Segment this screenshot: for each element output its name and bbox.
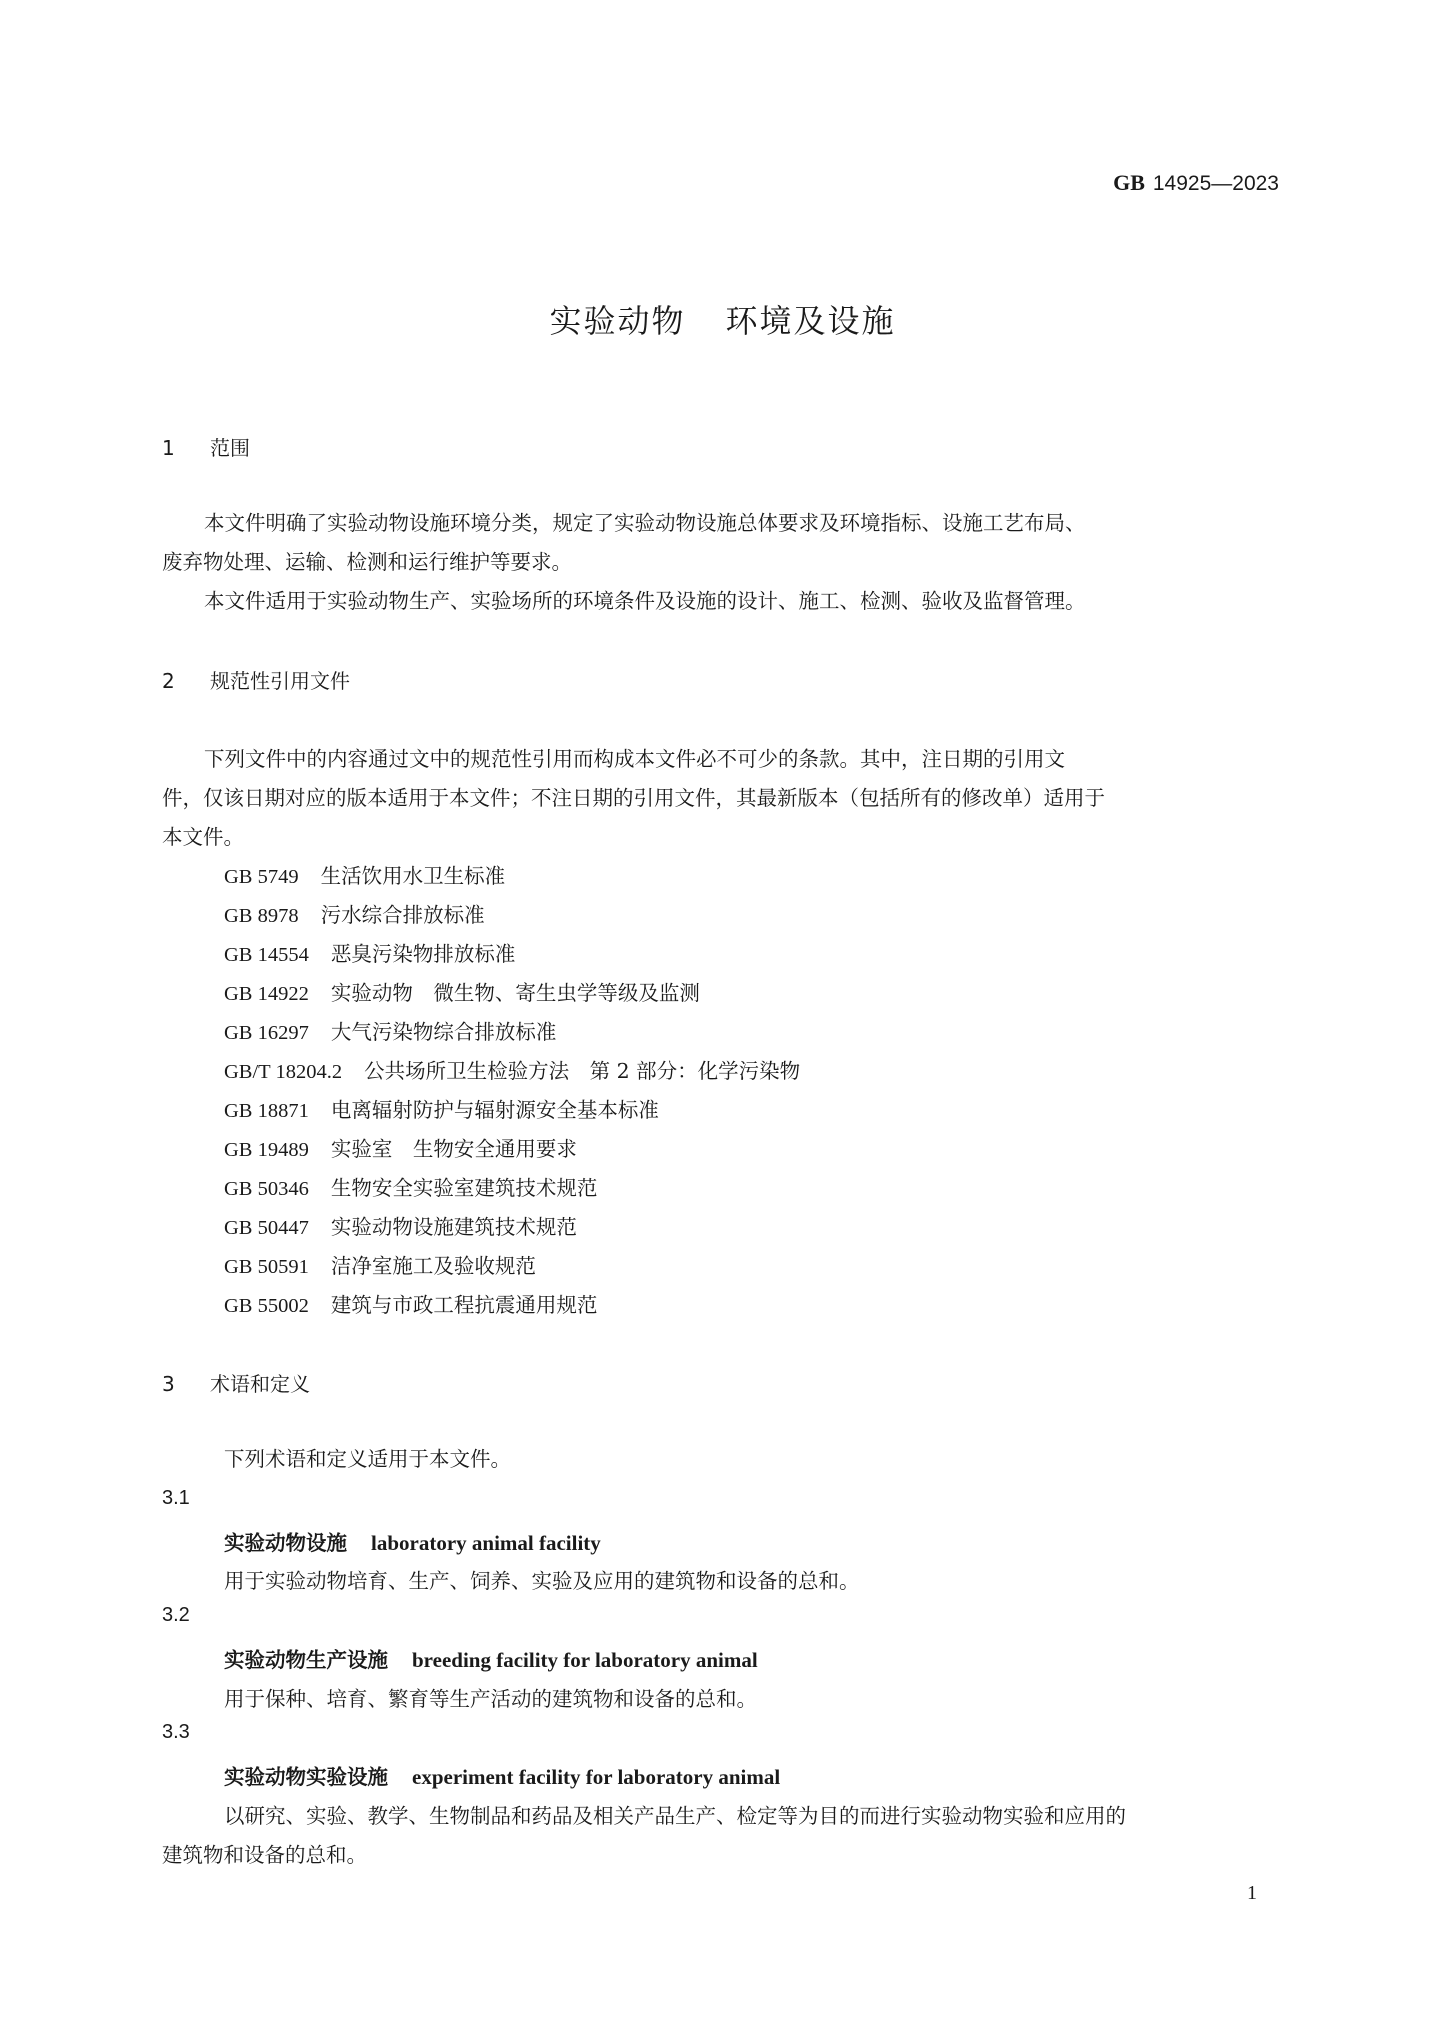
reference-item: GB 50346生物安全实验室建筑技术规范: [224, 1169, 800, 1208]
term-definition: 以研究、实验、教学、生物制品和药品及相关产品生产、检定等为目的而进行实验动物实验…: [224, 1799, 1126, 1829]
section-3-intro: 下列术语和定义适用于本文件。: [224, 1440, 511, 1479]
title-part1: 实验动物: [549, 302, 685, 340]
reference-item: GB 14554恶臭污染物排放标准: [224, 935, 800, 974]
paragraph-line: 本文件明确了实验动物设施环境分类，规定了实验动物设施总体要求及环境指标、设施工艺…: [162, 504, 1290, 543]
term-name-zh: 实验动物生产设施: [224, 1648, 388, 1672]
reference-item: GB/T 18204.2公共场所卫生检验方法 第 2 部分：化学污染物: [224, 1052, 800, 1091]
reference-title: 实验动物设施建筑技术规范: [331, 1215, 577, 1239]
standard-prefix: GB: [1113, 170, 1145, 195]
reference-item: GB 50591洁净室施工及验收规范: [224, 1247, 800, 1286]
section-number: 3: [162, 1372, 210, 1396]
standard-number: 14925—2023: [1153, 172, 1279, 195]
section-2-body: 下列文件中的内容通过文中的规范性引用而构成本文件必不可少的条款。其中，注日期的引…: [162, 740, 1290, 857]
reference-code: GB 19489: [224, 1131, 309, 1170]
section-heading-3: 3术语和定义: [162, 1368, 310, 1397]
document-title: 实验动物环境及设施: [0, 296, 1445, 342]
paragraph-line: 件，仅该日期对应的版本适用于本文件；不注日期的引用文件，其最新版本（包括所有的修…: [162, 779, 1290, 818]
page-number: 1: [1247, 1882, 1257, 1905]
term-name-en: experiment facility for laboratory anima…: [412, 1765, 780, 1789]
term-number: 3.1: [162, 1487, 190, 1510]
reference-item: GB 55002建筑与市政工程抗震通用规范: [224, 1286, 800, 1325]
reference-code: GB 16297: [224, 1014, 309, 1053]
reference-item: GB 19489实验室 生物安全通用要求: [224, 1130, 800, 1169]
standard-code: GB14925—2023: [1113, 170, 1279, 196]
reference-list: GB 5749生活饮用水卫生标准 GB 8978污水综合排放标准 GB 1455…: [224, 857, 800, 1325]
reference-title: 污水综合排放标准: [321, 903, 485, 927]
section-heading-1: 1范围: [162, 432, 250, 461]
reference-code: GB 14554: [224, 936, 309, 975]
term-definition: 用于保种、培育、繁育等生产活动的建筑物和设备的总和。: [224, 1682, 757, 1712]
reference-title: 生活饮用水卫生标准: [321, 864, 506, 888]
reference-code: GB 14922: [224, 975, 309, 1014]
section-title: 范围: [210, 436, 250, 460]
reference-code: GB 50346: [224, 1170, 309, 1209]
term-name-zh: 实验动物实验设施: [224, 1765, 388, 1789]
term-definition-continued: 建筑物和设备的总和。: [162, 1838, 367, 1868]
term-name-en: breeding facility for laboratory animal: [412, 1648, 758, 1672]
term-name-zh: 实验动物设施: [224, 1531, 347, 1555]
paragraph-line: 本文件。: [162, 818, 1290, 857]
term-name-en: laboratory animal facility: [371, 1531, 601, 1555]
reference-code: GB 5749: [224, 858, 299, 897]
section-title: 术语和定义: [210, 1372, 310, 1396]
reference-code: GB 50591: [224, 1248, 309, 1287]
reference-item: GB 18871电离辐射防护与辐射源安全基本标准: [224, 1091, 800, 1130]
reference-item: GB 8978污水综合排放标准: [224, 896, 800, 935]
reference-title: 大气污染物综合排放标准: [331, 1020, 557, 1044]
reference-title: 实验室 生物安全通用要求: [331, 1137, 577, 1161]
reference-item: GB 50447实验动物设施建筑技术规范: [224, 1208, 800, 1247]
term-number: 3.2: [162, 1604, 190, 1627]
term-definition: 用于实验动物培育、生产、饲养、实验及应用的建筑物和设备的总和。: [224, 1564, 860, 1594]
reference-code: GB 8978: [224, 897, 299, 936]
paragraph-line: 本文件适用于实验动物生产、实验场所的环境条件及设施的设计、施工、检测、验收及监督…: [162, 582, 1290, 621]
reference-code: GB/T 18204.2: [224, 1053, 342, 1092]
paragraph-line: 废弃物处理、运输、检测和运行维护等要求。: [162, 543, 1290, 582]
section-number: 2: [162, 669, 210, 693]
reference-item: GB 5749生活饮用水卫生标准: [224, 857, 800, 896]
reference-code: GB 55002: [224, 1287, 309, 1326]
term-title: 实验动物设施laboratory animal facility: [224, 1526, 601, 1556]
reference-title: 生物安全实验室建筑技术规范: [331, 1176, 598, 1200]
reference-title: 公共场所卫生检验方法 第 2 部分：化学污染物: [364, 1059, 800, 1083]
reference-title: 建筑与市政工程抗震通用规范: [331, 1293, 598, 1317]
term-number: 3.3: [162, 1721, 190, 1744]
section-1-body: 本文件明确了实验动物设施环境分类，规定了实验动物设施总体要求及环境指标、设施工艺…: [162, 504, 1290, 621]
term-title: 实验动物实验设施experiment facility for laborato…: [224, 1760, 780, 1790]
reference-code: GB 18871: [224, 1092, 309, 1131]
section-title: 规范性引用文件: [210, 669, 350, 693]
reference-title: 洁净室施工及验收规范: [331, 1254, 536, 1278]
paragraph-line: 下列文件中的内容通过文中的规范性引用而构成本文件必不可少的条款。其中，注日期的引…: [162, 740, 1290, 779]
reference-item: GB 14922实验动物 微生物、寄生虫学等级及监测: [224, 974, 800, 1013]
reference-title: 实验动物 微生物、寄生虫学等级及监测: [331, 981, 700, 1005]
section-heading-2: 2规范性引用文件: [162, 665, 350, 694]
term-title: 实验动物生产设施breeding facility for laboratory…: [224, 1643, 758, 1673]
reference-item: GB 16297大气污染物综合排放标准: [224, 1013, 800, 1052]
section-number: 1: [162, 436, 210, 460]
reference-code: GB 50447: [224, 1209, 309, 1248]
reference-title: 电离辐射防护与辐射源安全基本标准: [331, 1098, 659, 1122]
reference-title: 恶臭污染物排放标准: [331, 942, 516, 966]
title-part2: 环境及设施: [726, 302, 896, 340]
